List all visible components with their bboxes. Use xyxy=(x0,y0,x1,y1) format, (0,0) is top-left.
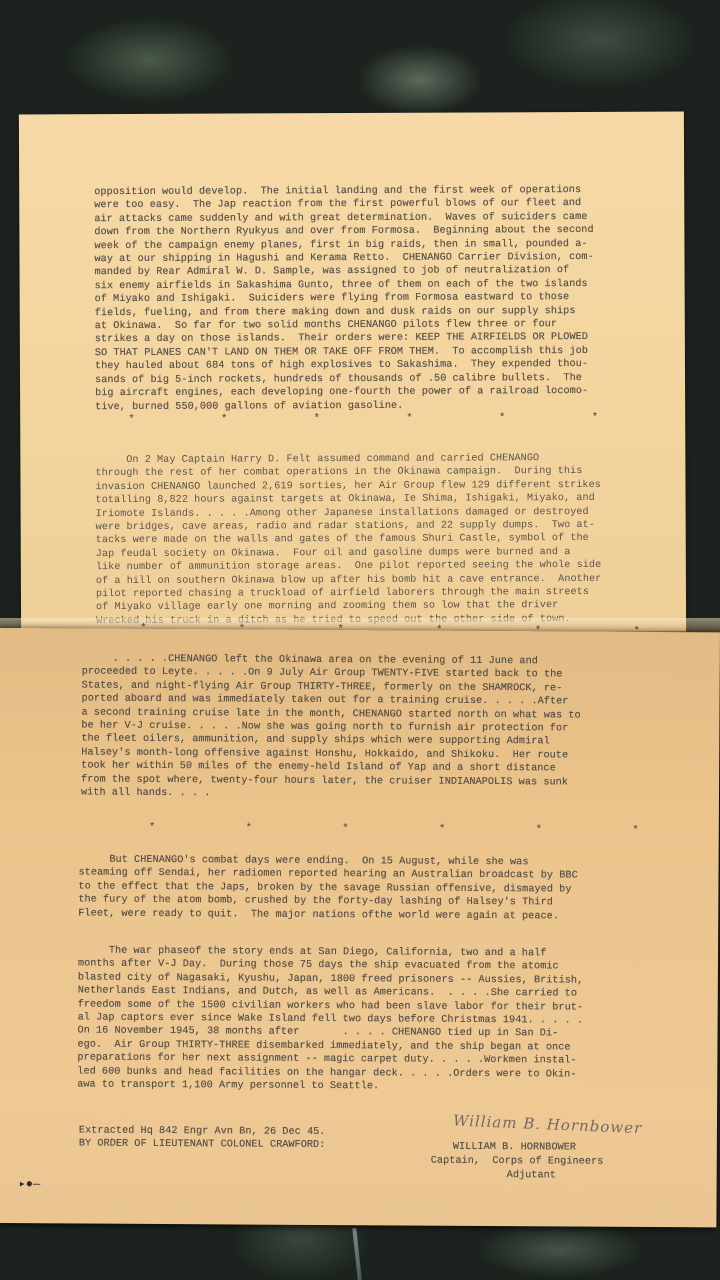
document-page-lower: ****** . . . . .CHENANGO left the Okinaw… xyxy=(0,628,720,1227)
signer-title: Captain, Corps of Engineers xyxy=(431,1155,604,1169)
divider-asterisk: * xyxy=(221,414,228,426)
divider-asterisk: * xyxy=(140,623,147,635)
divider-asterisk: * xyxy=(245,823,252,835)
order-line: BY ORDER OF LIEUTENANT COLONEL CRAWFORD: xyxy=(79,1137,326,1152)
ink-blot-mark: ▸●— xyxy=(19,1176,63,1182)
divider-asterisk: * xyxy=(337,624,344,636)
paragraph-leyte-vj-cruise: . . . . .CHENANGO left the Okinawa area … xyxy=(81,653,581,804)
paragraph-captain-felt-command: On 2 May Captain Harry D. Felt assumed c… xyxy=(95,452,601,628)
signer-role: Adjutant xyxy=(507,1169,556,1183)
document-page-upper: opposition would develop. The initial la… xyxy=(19,112,686,635)
paragraph-combat-days-ending: But CHENANGO's combat days were ending. … xyxy=(78,853,578,923)
marble-countertop-streak xyxy=(352,1228,361,1280)
divider-asterisk: * xyxy=(149,822,156,834)
signer-name: WILLIAM B. HORNBOWER xyxy=(453,1141,576,1155)
divider-asterisk: * xyxy=(592,412,599,424)
divider-asterisk: * xyxy=(633,626,640,638)
paragraph-okinawa-operations: opposition would develop. The initial la… xyxy=(94,184,594,414)
section-divider-2: ****** xyxy=(140,623,640,638)
divider-asterisk: * xyxy=(314,413,321,425)
divider-asterisk: * xyxy=(499,412,506,424)
divider-asterisk: * xyxy=(535,625,542,637)
handwritten-signature: William B. Hornbower xyxy=(453,1111,643,1137)
divider-asterisk: * xyxy=(239,623,246,635)
divider-asterisk: * xyxy=(436,625,443,637)
paragraph-san-diego-magic-carpet: The war phaseof the story ends at San Di… xyxy=(77,944,583,1095)
section-divider-3: ****** xyxy=(149,822,639,837)
section-divider-1: ****** xyxy=(128,412,598,426)
divider-asterisk: * xyxy=(342,823,349,835)
divider-asterisk: * xyxy=(535,824,542,836)
divider-asterisk: * xyxy=(439,824,446,836)
divider-asterisk: * xyxy=(128,414,135,426)
divider-asterisk: * xyxy=(632,825,639,837)
divider-asterisk: * xyxy=(406,413,413,425)
